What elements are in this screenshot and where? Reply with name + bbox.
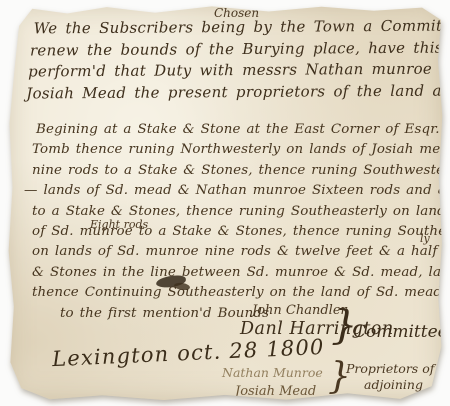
manuscript-line: Begining at a Stake & Stone at the East … [36,120,442,140]
manuscript-paper: Chosen We the Subscribers being by the T… [6,4,444,402]
manuscript-line: Josiah Mead the present proprietors of t… [26,80,438,104]
manuscript-line: — lands of Sd. mead & Nathan munroe Sixt… [24,181,442,201]
scan-background: Chosen We the Subscribers being by the T… [0,0,450,406]
committee-label: Committee [353,322,448,342]
manuscript-line: Tomb thence runing Northwesterly on land… [32,140,442,160]
manuscript-line: thence Continuing Southeasterly on the l… [32,283,442,303]
interline-insert-eight-rods: Eight rods [90,218,148,231]
proprietors-label-line1: Proprietors of land [346,361,450,376]
manuscript-line: on lands of Sd. munroe nine rods & twelv… [32,242,442,262]
interline-insert-ly: ly [420,232,430,245]
signature-nathan-munroe: Nathan Munroe [222,365,323,380]
manuscript-line: We the Subscribers being by the Town a C… [34,16,438,40]
manuscript-line: & Stones in the line between Sd. munroe … [32,263,442,283]
signature-josiah-mead: Josiah Mead [235,384,316,399]
proprietors-label-line2: adjoining [364,377,423,392]
manuscript-line: renew the bounds of the Burying place, h… [30,37,438,61]
paper-shadow-wrap: Chosen We the Subscribers being by the T… [0,0,450,406]
manuscript-line: perform'd that Duty with messrs Nathan m… [28,59,438,83]
manuscript-line: nine rods to a Stake & Stones, thence ru… [32,161,442,181]
paragraph-opening: We the Subscribers being by the Town a C… [34,16,439,105]
